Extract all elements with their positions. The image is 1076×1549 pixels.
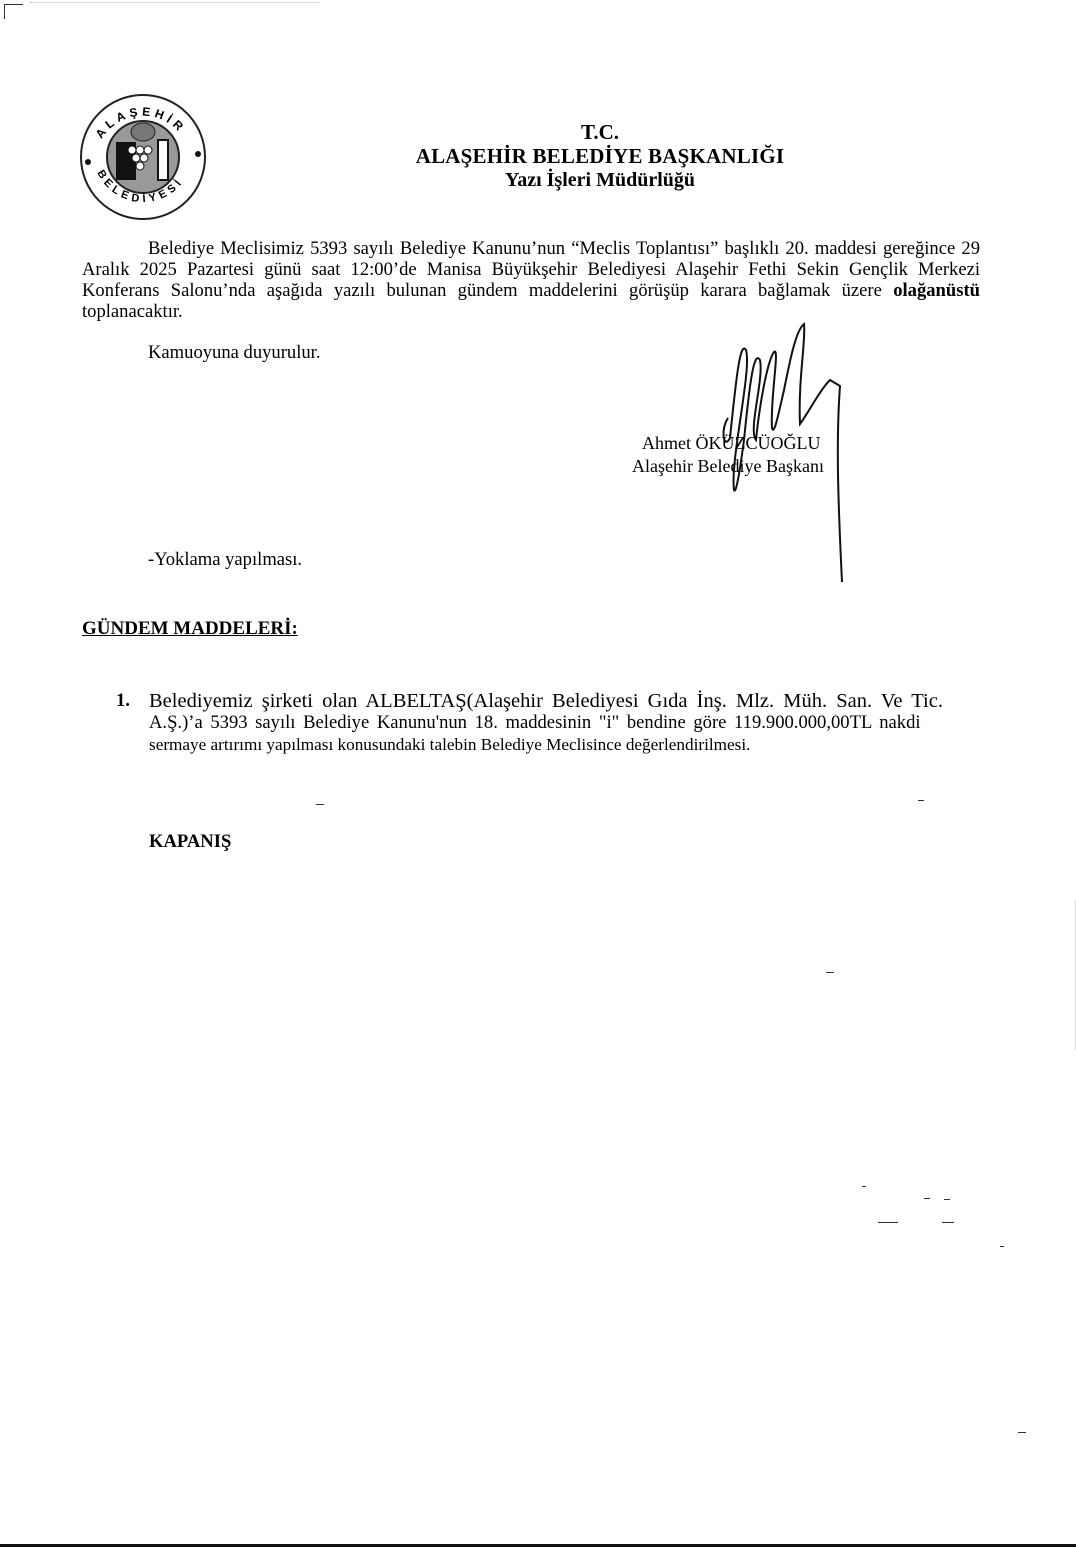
meeting-notice-paragraph: Belediye Meclisimiz 5393 sayılı Belediye… (82, 238, 980, 322)
notice-text: Belediye Meclisimiz 5393 sayılı Belediye… (82, 238, 980, 301)
rollcall-item: -Yoklama yapılması. (148, 549, 302, 571)
scan-corner-mark (4, 4, 23, 19)
agenda-item: 1. Belediyemiz şirketi olan ALBELTAŞ(Ala… (116, 690, 980, 756)
scan-noise (878, 1222, 898, 1223)
scan-noise (918, 800, 924, 801)
scan-noise (862, 1186, 866, 1187)
agenda-item-line: A.Ş.)’a 5393 sayılı Belediye Kanunu'nun … (149, 712, 980, 734)
agenda-item-line: sermaye artırımı yapılması konusundaki t… (149, 734, 980, 756)
header-state: T.C. (300, 120, 900, 144)
scan-noise (1000, 1246, 1004, 1247)
municipality-seal-icon: ALAŞEHİR BELEDİYESİ (74, 92, 212, 222)
agenda-item-number: 1. (116, 690, 130, 712)
signer-block: Ahmet ÖKÜZCÜOĞLU Alaşehir Belediye Başka… (632, 432, 824, 478)
agenda-item-line: Belediyemiz şirketi olan ALBELTAŞ(Alaşeh… (149, 690, 980, 712)
notice-text-end: toplanacaktır. (82, 301, 183, 322)
scan-noise (826, 972, 834, 973)
scan-noise (924, 1198, 930, 1199)
header-institution: ALAŞEHİR BELEDİYE BAŞKANLIĞI (300, 144, 900, 168)
announcement-line: Kamuoyuna duyurulur. (148, 342, 320, 364)
scan-noise (30, 2, 320, 5)
signer-name: Ahmet ÖKÜZCÜOĞLU (632, 432, 824, 455)
scan-noise (1018, 1432, 1026, 1433)
scan-noise (316, 804, 324, 805)
scan-bottom-edge (0, 1544, 1076, 1547)
closing-heading: KAPANIŞ (149, 831, 231, 853)
document-header: T.C. ALAŞEHİR BELEDİYE BAŞKANLIĞI Yazı İ… (300, 120, 900, 192)
header-department: Yazı İşleri Müdürlüğü (300, 168, 900, 192)
notice-bold-word: olağanüstü (893, 280, 980, 301)
agenda-title: GÜNDEM MADDELERİ: (82, 618, 298, 640)
scan-noise (942, 1222, 954, 1223)
scan-noise (944, 1199, 950, 1200)
signer-title: Alaşehir Belediye Başkanı (632, 455, 824, 478)
